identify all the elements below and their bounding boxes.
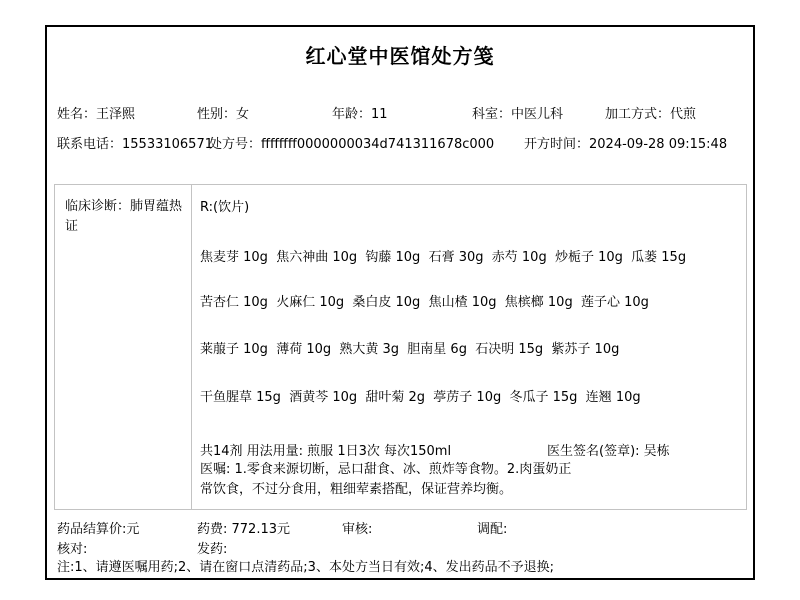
prescription-time-label: 开方时间： — [524, 137, 589, 152]
patient-age-label: 年龄： — [332, 107, 371, 122]
patient-age-value: 11 — [371, 107, 388, 122]
footer-note: 注:1、请遵医嘱用药;2、请在窗口点清药品;3、本处方当日有效;4、发出药品不予… — [57, 560, 554, 576]
issue-field: 发药: — [197, 542, 227, 558]
patient-name-value: 王泽熙 — [96, 107, 135, 122]
prescription-body-box: 临床诊断：肺胃蕴热证 R:(饮片) 焦麦芽 10g 焦六神曲 10g 钩藤 10… — [54, 184, 747, 510]
patient-phone-field: 联系电话：15533106571 — [57, 137, 213, 153]
patient-phone-label: 联系电话： — [57, 137, 122, 152]
medicine-fee-label: 药费: — [197, 522, 232, 537]
processing-method-field: 加工方式：代煎 — [605, 107, 696, 123]
dispense-field: 调配: — [477, 522, 507, 538]
patient-age-field: 年龄：11 — [332, 107, 388, 123]
settlement-price-label: 药品结算价: — [57, 522, 126, 537]
prescription-number-value: ffffffff0000000034d741311678c000 — [261, 137, 494, 152]
settlement-price-field: 药品结算价:元 — [57, 522, 139, 538]
patient-gender-label: 性别： — [197, 107, 236, 122]
herb-line-3: 莱菔子 10g 薄荷 10g 熟大黄 3g 胆南星 6g 石决明 15g 紫苏子… — [200, 342, 619, 358]
medicine-fee-value: 772.13元 — [232, 522, 291, 537]
patient-department-value: 中医儿科 — [511, 107, 563, 122]
check-field: 核对: — [57, 542, 87, 558]
doctor-signature-name: 吴栋 — [644, 444, 670, 459]
prescription-content: R:(饮片) 焦麦芽 10g 焦六神曲 10g 钩藤 10g 石膏 30g 赤芍… — [192, 185, 748, 509]
diagnosis-label: 临床诊断： — [65, 199, 130, 214]
doctor-advice: 医嘱: 1.零食来源切断，忌口甜食、冰、煎炸等食物。2.肉蛋奶正常饮食，不过分食… — [200, 460, 582, 500]
prescription-sheet: 红心堂中医馆处方笺 姓名：王泽熙 性别：女 年龄：11 科室：中医儿科 加工方式… — [45, 25, 755, 580]
patient-gender-field: 性别：女 — [197, 107, 249, 123]
prescription-time-field: 开方时间：2024-09-28 09:15:48 — [524, 137, 727, 153]
processing-method-label: 加工方式： — [605, 107, 670, 122]
settlement-price-value: 元 — [126, 522, 139, 537]
processing-method-value: 代煎 — [670, 107, 696, 122]
usage-instructions: 共14剂 用法用量: 煎服 1日3次 每次150ml — [200, 444, 451, 460]
patient-name-field: 姓名：王泽熙 — [57, 107, 135, 123]
patient-phone-value: 15533106571 — [122, 137, 213, 152]
prescription-number-label: 处方号： — [209, 137, 261, 152]
page-title: 红心堂中医馆处方笺 — [47, 40, 753, 69]
patient-department-field: 科室：中医儿科 — [472, 107, 563, 123]
prescription-number-field: 处方号：ffffffff0000000034d741311678c000 — [209, 137, 494, 153]
review-field: 审核: — [342, 522, 372, 538]
prescription-time-value: 2024-09-28 09:15:48 — [589, 137, 727, 152]
herb-line-2: 苦杏仁 10g 火麻仁 10g 桑白皮 10g 焦山楂 10g 焦槟榔 10g … — [200, 295, 649, 311]
herb-line-4: 干鱼腥草 15g 酒黄芩 10g 甜叶菊 2g 葶苈子 10g 冬瓜子 15g … — [200, 390, 641, 406]
patient-name-label: 姓名： — [57, 107, 96, 122]
diagnosis-column: 临床诊断：肺胃蕴热证 — [55, 185, 192, 509]
clinical-diagnosis: 临床诊断：肺胃蕴热证 — [65, 197, 187, 237]
patient-gender-value: 女 — [236, 107, 249, 122]
doctor-signature-label: 医生签名(签章): — [547, 444, 644, 459]
prescription-page: 红心堂中医馆处方笺 姓名：王泽熙 性别：女 年龄：11 科室：中医儿科 加工方式… — [0, 0, 800, 600]
rx-header: R:(饮片) — [200, 200, 249, 216]
patient-department-label: 科室： — [472, 107, 511, 122]
doctor-signature-field: 医生签名(签章): 吴栋 — [547, 444, 670, 460]
herb-line-1: 焦麦芽 10g 焦六神曲 10g 钩藤 10g 石膏 30g 赤芍 10g 炒栀… — [200, 250, 686, 266]
medicine-fee-field: 药费: 772.13元 — [197, 522, 290, 538]
